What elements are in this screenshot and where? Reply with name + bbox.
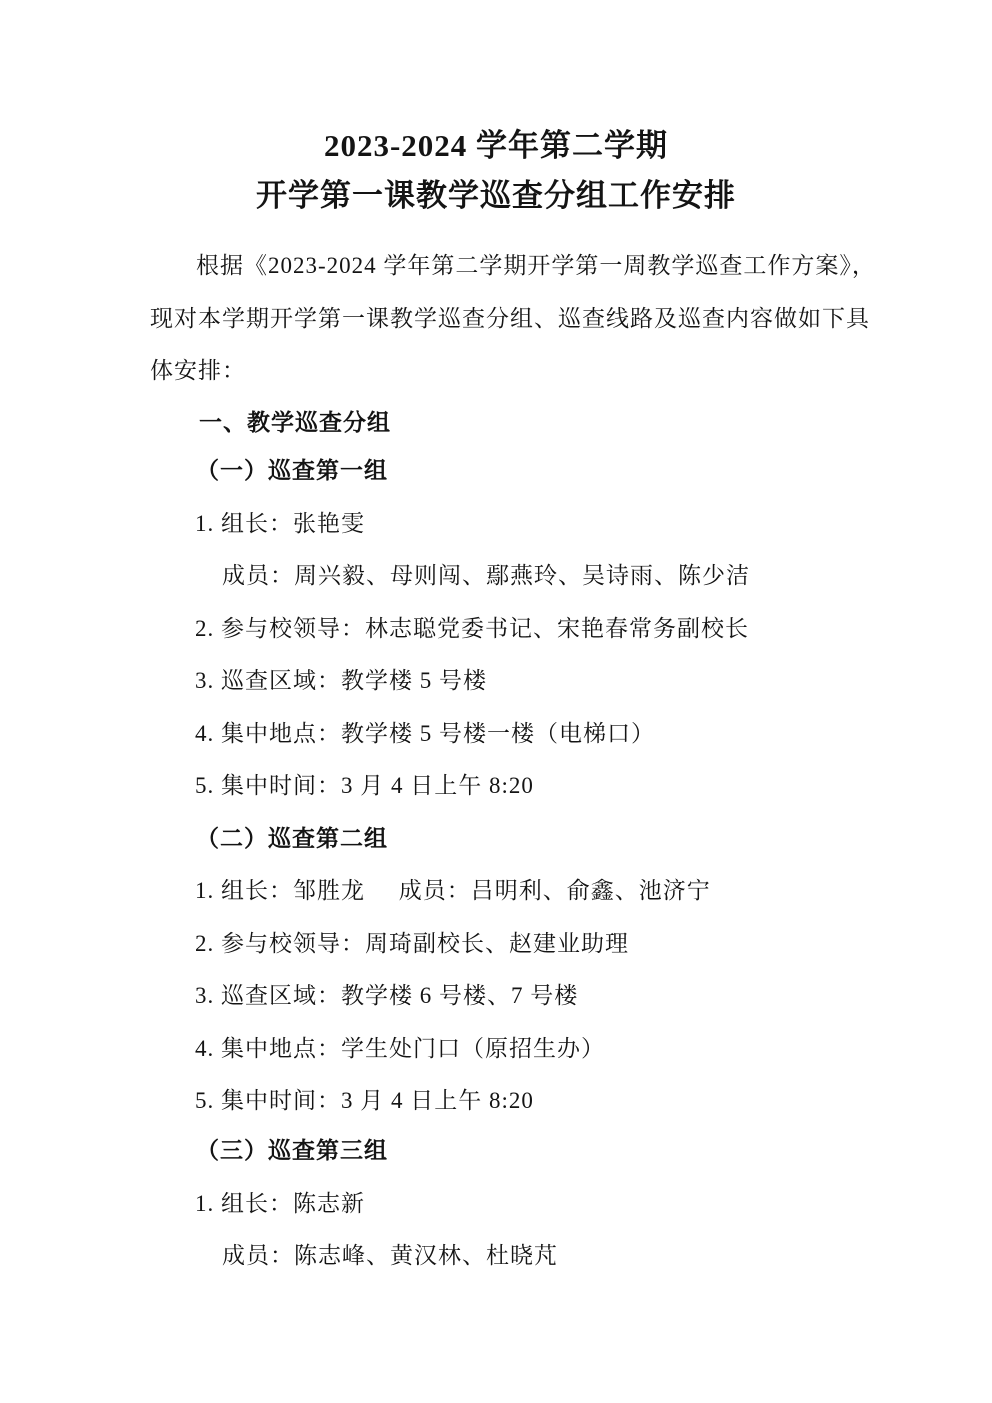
group-2-heading: （二）巡查第二组	[196, 824, 388, 854]
group-3-heading: （三）巡查第三组	[196, 1136, 388, 1166]
group-1-school-leaders: 2. 参与校领导：林志聪党委书记、宋艳春常务副校长	[195, 614, 749, 644]
group-3-members: 成员：陈志峰、黄汉林、杜晓芃	[222, 1241, 558, 1271]
group-1-leader: 1. 组长：张艳雯	[195, 509, 365, 539]
intro-paragraph-line-2: 现对本学期开学第一课教学巡查分组、巡查线路及巡查内容做如下具	[150, 304, 870, 334]
document-title-line-1: 2023-2024 学年第二学期	[0, 126, 992, 166]
group-1-meeting-place: 4. 集中地点：教学楼 5 号楼一楼（电梯口）	[195, 719, 655, 749]
document-title-line-2: 开学第一课教学巡查分组工作安排	[0, 176, 992, 216]
group-2-inspection-area: 3. 巡查区域：教学楼 6 号楼、7 号楼	[195, 981, 578, 1011]
document-page: 2023-2024 学年第二学期 开学第一课教学巡查分组工作安排 根据《2023…	[0, 0, 992, 1403]
group-3-leader: 1. 组长：陈志新	[195, 1189, 365, 1219]
group-1-heading: （一）巡查第一组	[196, 456, 388, 486]
intro-paragraph-line-1: 根据《2023-2024 学年第二学期开学第一周教学巡查工作方案》，	[196, 251, 876, 281]
group-2-school-leaders: 2. 参与校领导：周琦副校长、赵建业助理	[195, 929, 629, 959]
intro-paragraph-line-3: 体安排：	[150, 356, 246, 386]
group-2-leader-and-members: 1. 组长：邹胜龙 成员：吕明利、俞鑫、池济宁	[195, 876, 711, 906]
group-2-meeting-time: 5. 集中时间：3 月 4 日上午 8:20	[195, 1086, 534, 1116]
group-2-meeting-place: 4. 集中地点：学生处门口（原招生办）	[195, 1034, 605, 1064]
group-1-inspection-area: 3. 巡查区域：教学楼 5 号楼	[195, 666, 487, 696]
group-1-members: 成员：周兴毅、母则闯、鄢燕玲、吴诗雨、陈少洁	[222, 561, 750, 591]
section-heading-inspection-groups: 一、教学巡查分组	[199, 408, 391, 438]
group-1-meeting-time: 5. 集中时间：3 月 4 日上午 8:20	[195, 771, 534, 801]
